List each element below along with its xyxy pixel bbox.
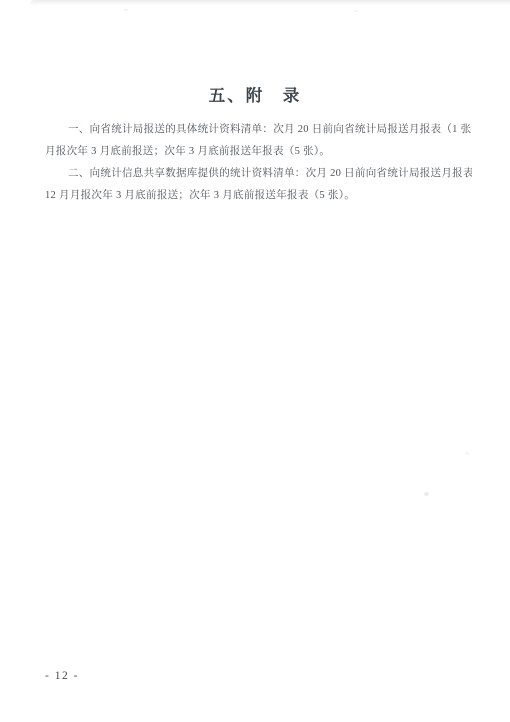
document-body: 一、向省统计局报送的具体统计资料清单：次月 20 日前向省统计局报送月报表（1 … bbox=[45, 119, 472, 207]
scan-artifact-speck bbox=[466, 452, 469, 455]
scan-artifact-speck bbox=[424, 492, 429, 496]
paragraph-2-line-2: 12 月月报次年 3 月底前报送；次年 3 月底前报送年报表（5 张）。 bbox=[45, 185, 472, 207]
paragraph-1-line-1: 一、向省统计局报送的具体统计资料清单：次月 20 日前向省统计局报送月报表（1 … bbox=[45, 119, 472, 141]
paragraph-2-line-1: 二、向统计信息共享数据库提供的统计资料清单：次月 20 日前向省统计局报送月报表… bbox=[45, 163, 472, 185]
scan-artifact-speck bbox=[354, 10, 358, 12]
scan-artifact-top-band bbox=[30, 0, 510, 5]
paragraph-1-line-2: 月报次年 3 月底前报送；次年 3 月底前报送年报表（5 张）。 bbox=[45, 141, 472, 163]
section-title: 五、附 录 bbox=[0, 82, 510, 106]
page-number: - 12 - bbox=[45, 670, 79, 682]
scan-artifact-speck bbox=[124, 9, 128, 11]
scanned-document-page: 五、附 录 一、向省统计局报送的具体统计资料清单：次月 20 日前向省统计局报送… bbox=[0, 0, 510, 722]
